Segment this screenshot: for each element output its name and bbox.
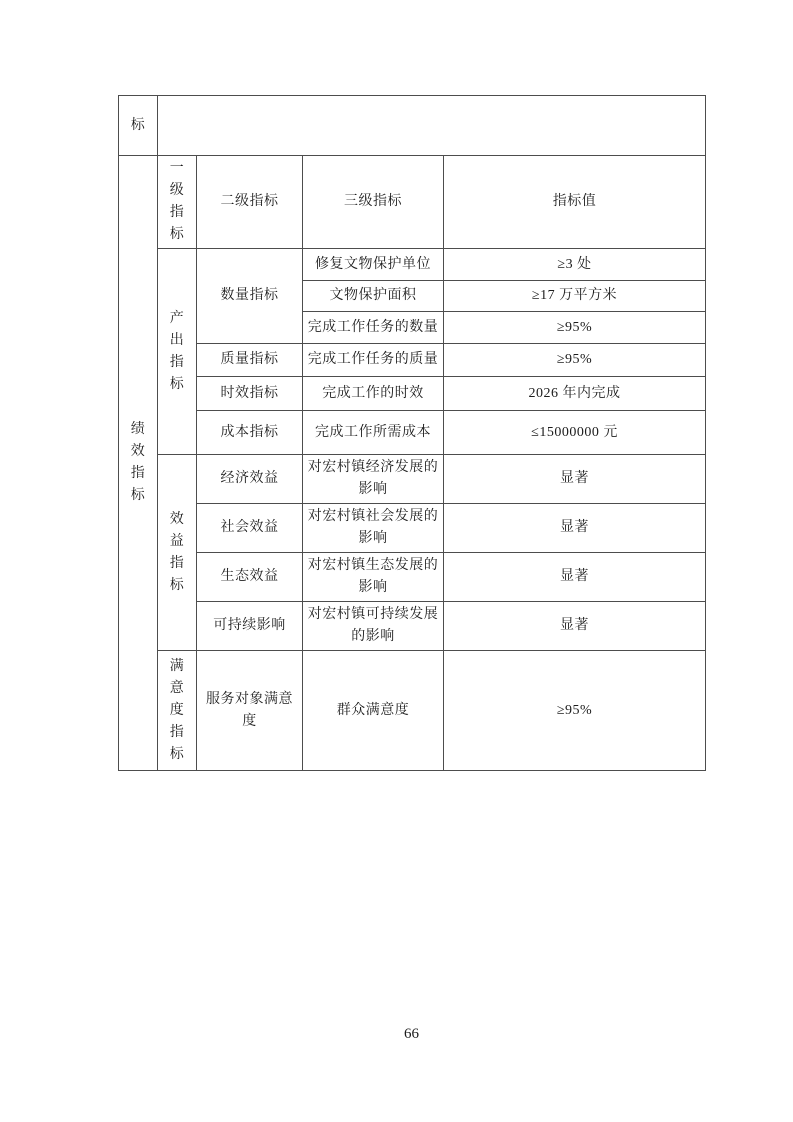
carryover-label-cell: 标 bbox=[119, 96, 158, 156]
satisfaction-sub-label: 服务对象满意 度 bbox=[197, 651, 303, 771]
indicator-cell: 对宏村镇社会发展的 影响 bbox=[303, 504, 444, 553]
value-cell: 显著 bbox=[444, 602, 706, 651]
indicator-cell: 完成工作任务的数量 bbox=[303, 312, 444, 344]
indicator-cell: 完成工作的时效 bbox=[303, 377, 444, 411]
table-row: 生态效益 对宏村镇生态发展的 影响 显著 bbox=[119, 553, 706, 602]
value-cell: ≤15000000 元 bbox=[444, 411, 706, 455]
cost-group-label: 成本指标 bbox=[197, 411, 303, 455]
timeliness-group-label: 时效指标 bbox=[197, 377, 303, 411]
group-benefit-label: 效 益 指 标 bbox=[158, 455, 197, 651]
row-group-performance-label: 绩 效 指 标 bbox=[119, 156, 158, 771]
indicator-cell: 群众满意度 bbox=[303, 651, 444, 771]
indicator-cell: 完成工作所需成本 bbox=[303, 411, 444, 455]
value-cell: ≥95% bbox=[444, 651, 706, 771]
benefit-label-cell: 经济效益 bbox=[197, 455, 303, 504]
quantity-group-label: 数量指标 bbox=[197, 249, 303, 344]
quality-group-label: 质量指标 bbox=[197, 344, 303, 377]
table-row: 可持续影响 对宏村镇可持续发展 的影响 显著 bbox=[119, 602, 706, 651]
value-cell: ≥95% bbox=[444, 312, 706, 344]
indicator-cell: 完成工作任务的质量 bbox=[303, 344, 444, 377]
benefit-label-cell: 生态效益 bbox=[197, 553, 303, 602]
page-number: 66 bbox=[118, 1026, 705, 1043]
table-row-carryover: 标 bbox=[119, 96, 706, 156]
table-row: 时效指标 完成工作的时效 2026 年内完成 bbox=[119, 377, 706, 411]
header-level3: 三级指标 bbox=[303, 156, 444, 249]
value-cell: ≥17 万平方米 bbox=[444, 281, 706, 312]
indicator-cell: 对宏村镇经济发展的 影响 bbox=[303, 455, 444, 504]
table-row: 产 出 指 标 数量指标 修复文物保护单位 ≥3 处 bbox=[119, 249, 706, 281]
table-row: 质量指标 完成工作任务的质量 ≥95% bbox=[119, 344, 706, 377]
performance-indicator-table: 标 绩 效 指 标 一 级 指 标 二级指标 三级指标 指标值 产 出 指 标 … bbox=[118, 95, 706, 771]
value-cell: 显著 bbox=[444, 455, 706, 504]
value-cell: 显著 bbox=[444, 553, 706, 602]
table-row: 社会效益 对宏村镇社会发展的 影响 显著 bbox=[119, 504, 706, 553]
indicator-cell: 对宏村镇生态发展的 影响 bbox=[303, 553, 444, 602]
group-satisfaction-label: 满 意 度 指 标 bbox=[158, 651, 197, 771]
header-level2: 二级指标 bbox=[197, 156, 303, 249]
header-value: 指标值 bbox=[444, 156, 706, 249]
table-header-row: 绩 效 指 标 一 级 指 标 二级指标 三级指标 指标值 bbox=[119, 156, 706, 249]
table-row: 效 益 指 标 经济效益 对宏村镇经济发展的 影响 显著 bbox=[119, 455, 706, 504]
group-output-label: 产 出 指 标 bbox=[158, 249, 197, 455]
header-level1: 一 级 指 标 bbox=[158, 156, 197, 249]
carryover-empty-cell bbox=[158, 96, 706, 156]
document-page: 标 绩 效 指 标 一 级 指 标 二级指标 三级指标 指标值 产 出 指 标 … bbox=[0, 0, 793, 1122]
value-cell: 2026 年内完成 bbox=[444, 377, 706, 411]
benefit-label-cell: 可持续影响 bbox=[197, 602, 303, 651]
table-row: 成本指标 完成工作所需成本 ≤15000000 元 bbox=[119, 411, 706, 455]
indicator-cell: 文物保护面积 bbox=[303, 281, 444, 312]
table-row: 满 意 度 指 标 服务对象满意 度 群众满意度 ≥95% bbox=[119, 651, 706, 771]
value-cell: ≥95% bbox=[444, 344, 706, 377]
indicator-cell: 对宏村镇可持续发展 的影响 bbox=[303, 602, 444, 651]
value-cell: 显著 bbox=[444, 504, 706, 553]
indicator-cell: 修复文物保护单位 bbox=[303, 249, 444, 281]
benefit-label-cell: 社会效益 bbox=[197, 504, 303, 553]
value-cell: ≥3 处 bbox=[444, 249, 706, 281]
